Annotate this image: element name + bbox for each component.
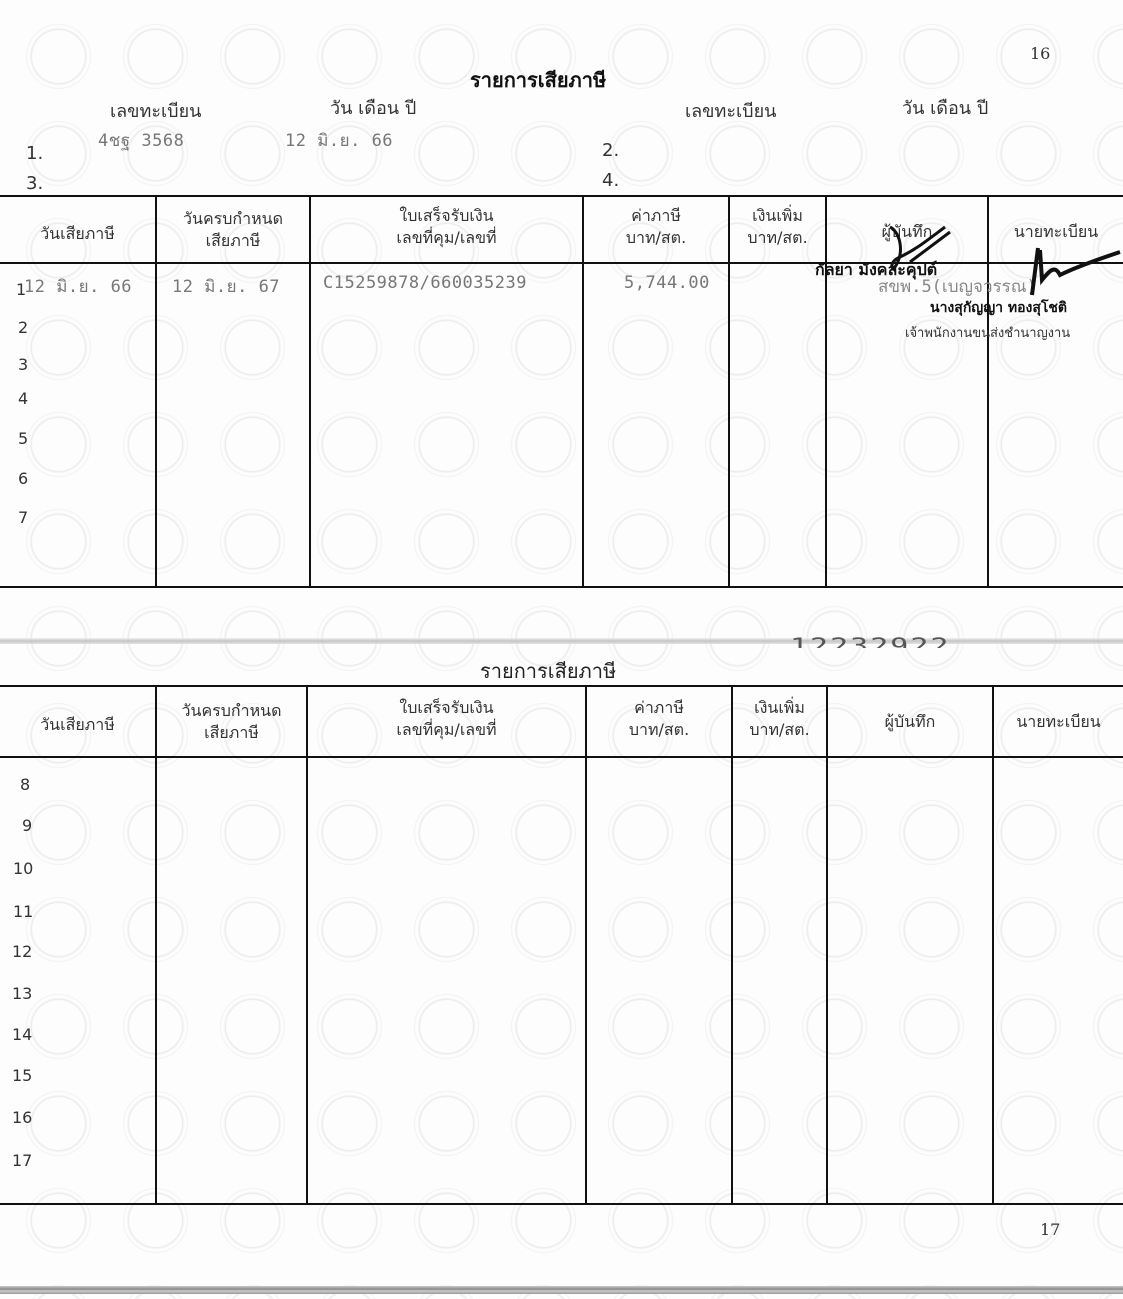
- row-number: 11: [13, 902, 33, 921]
- header-label: ใบเสร็จรับเงิน: [311, 205, 582, 227]
- book-edge: [0, 1286, 1123, 1294]
- header-label: ใบเสร็จรับเงิน: [308, 697, 585, 719]
- table-bottom-border: [0, 1203, 1123, 1205]
- col-divider: [155, 685, 157, 1205]
- header-label: ผู้บันทึก: [885, 712, 936, 731]
- row-number: 17: [12, 1151, 32, 1170]
- table-top-border: [0, 195, 1123, 197]
- page-fold: [0, 638, 1123, 644]
- recorder-signature-icon: [870, 222, 960, 282]
- col-divider: [825, 195, 827, 588]
- plate-label-right: เลขทะเบียน: [685, 96, 776, 125]
- registrar-name: นางสุกัญญา ทองสุโชติ: [930, 297, 1067, 319]
- header-label: นายทะเบียน: [1016, 712, 1100, 731]
- col-divider: [585, 685, 587, 1205]
- header-label: เลขที่คุม/เลขที่: [311, 227, 582, 249]
- plate-label-left: เลขทะเบียน: [110, 96, 201, 125]
- header-label: บาท/สต.: [733, 719, 826, 741]
- date-label-left: วัน เดือน ปี: [330, 93, 416, 122]
- table-bottom-border: [0, 586, 1123, 588]
- header-label: วันเสียภาษี: [40, 715, 115, 734]
- header-registrar: นายทะเบียน: [994, 711, 1123, 733]
- cell-tax-amount: 5,744.00: [624, 273, 710, 293]
- date-label-right: วัน เดือน ปี: [902, 93, 988, 122]
- row-number: 12: [12, 942, 32, 961]
- row-number: 4: [18, 389, 28, 408]
- row-number: 2: [18, 318, 28, 337]
- registration-index-1: 1.: [26, 143, 43, 164]
- header-tax-date: วันเสียภาษี: [0, 714, 155, 736]
- table-header-divider: [0, 756, 1123, 758]
- col-divider: [826, 685, 828, 1205]
- col-divider: [582, 195, 584, 588]
- header-tax-date: วันเสียภาษี: [0, 223, 155, 245]
- header-recorder: ผู้บันทึก: [828, 711, 992, 733]
- row-number: 10: [13, 859, 33, 878]
- header-label: วันครบกำหนด: [157, 208, 309, 230]
- col-divider: [987, 195, 989, 588]
- row-number: 8: [20, 775, 30, 794]
- cell-tax-date: 12 มิ.ย. 66: [24, 273, 132, 300]
- header-label: เสียภาษี: [157, 722, 306, 744]
- registrar-signature-icon: [1010, 240, 1123, 300]
- col-divider: [306, 685, 308, 1205]
- row-number: 16: [12, 1108, 32, 1127]
- serial-number-partial: 12232922: [790, 634, 951, 648]
- header-due-date: วันครบกำหนดเสียภาษี: [157, 700, 306, 744]
- header-surcharge: เงินเพิ่มบาท/สต.: [733, 697, 826, 741]
- cell-receipt-number: C15259878/660035239: [323, 273, 527, 293]
- header-label: ค่าภาษี: [584, 205, 728, 227]
- row-number: 9: [22, 816, 32, 835]
- header-surcharge: เงินเพิ่มบาท/สต.: [730, 205, 825, 249]
- registration-index-2: 2.: [602, 140, 619, 161]
- col-divider: [731, 685, 733, 1205]
- cell-due-date: 12 มิ.ย. 67: [172, 273, 280, 300]
- header-label: วันครบกำหนด: [157, 700, 306, 722]
- header-label: ค่าภาษี: [587, 697, 731, 719]
- page-number-bottom: 17: [1040, 1220, 1060, 1239]
- col-divider: [728, 195, 730, 588]
- registration-plate-1: 4ชฐ 3568: [98, 127, 184, 154]
- header-label: เงินเพิ่ม: [730, 205, 825, 227]
- header-label: บาท/สต.: [584, 227, 728, 249]
- header-label: นายทะเบียน: [1014, 222, 1098, 241]
- header-due-date: วันครบกำหนดเสียภาษี: [157, 208, 309, 252]
- page-number-top: 16: [1030, 44, 1050, 63]
- row-number: 14: [12, 1025, 32, 1044]
- row-number: 5: [18, 429, 28, 448]
- row-number: 6: [18, 469, 28, 488]
- registration-index-4: 4.: [602, 170, 619, 191]
- header-tax-amount: ค่าภาษีบาท/สต.: [584, 205, 728, 249]
- header-label: วันเสียภาษี: [40, 224, 115, 243]
- registrar-title: เจ้าพนักงานขนส่งชำนาญงาน: [905, 322, 1070, 343]
- header-receipt: ใบเสร็จรับเงินเลขที่คุม/เลขที่: [308, 697, 585, 741]
- registration-date-1: 12 มิ.ย. 66: [285, 127, 393, 154]
- header-receipt: ใบเสร็จรับเงินเลขที่คุม/เลขที่: [311, 205, 582, 249]
- col-divider: [155, 195, 157, 588]
- registration-index-3: 3.: [26, 173, 43, 194]
- header-tax-amount: ค่าภาษีบาท/สต.: [587, 697, 731, 741]
- row-number: 13: [12, 984, 32, 1003]
- header-label: เสียภาษี: [157, 230, 309, 252]
- col-divider: [992, 685, 994, 1205]
- table-top-border: [0, 685, 1123, 687]
- header-label: บาท/สต.: [730, 227, 825, 249]
- section-title-top: รายการเสียภาษี: [470, 64, 606, 96]
- col-divider: [309, 195, 311, 588]
- header-label: เลขที่คุม/เลขที่: [308, 719, 585, 741]
- row-number: 3: [18, 355, 28, 374]
- section-title-bottom: รายการเสียภาษี: [480, 655, 616, 687]
- row-number: 7: [18, 508, 28, 527]
- row-number: 15: [12, 1066, 32, 1085]
- header-label: บาท/สต.: [587, 719, 731, 741]
- header-label: เงินเพิ่ม: [733, 697, 826, 719]
